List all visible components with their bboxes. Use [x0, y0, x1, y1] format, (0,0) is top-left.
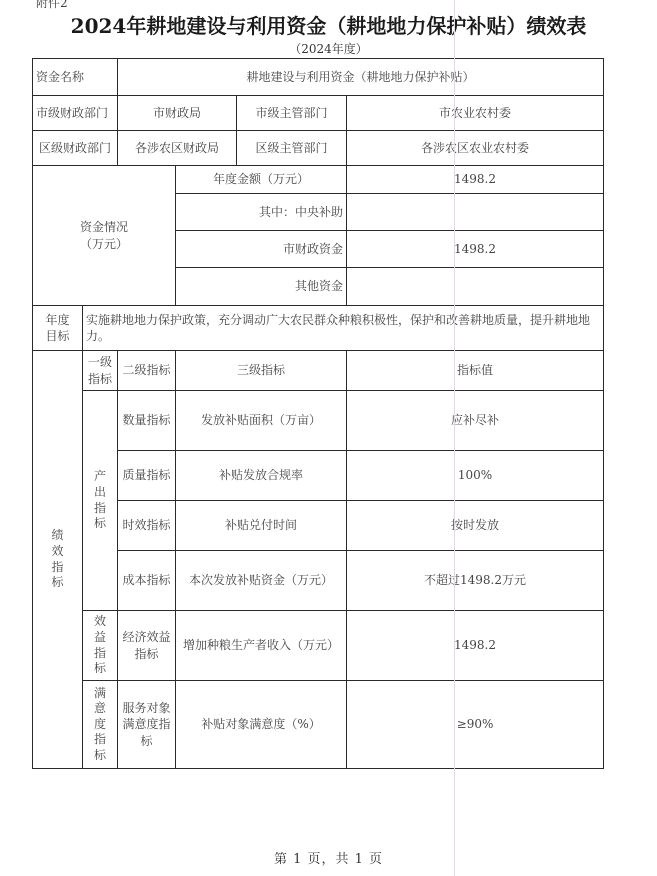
header-level1: 一级指标 [83, 351, 118, 391]
value-cell: 100% [347, 451, 604, 501]
district-finance-label: 区级财政部门 [33, 131, 118, 166]
level3-cell: 补贴兑付时间 [176, 501, 347, 551]
goal-label-text: 年度目标 [44, 312, 70, 344]
value-cell: 按时发放 [347, 501, 604, 551]
level1-benefit: 效益指标 [83, 611, 118, 681]
indicator-row: 质量指标 补贴发放合规率 100% [33, 451, 604, 501]
level2-text: 服务对象满意度指标 [121, 700, 171, 749]
level1-output: 产出指标 [83, 391, 118, 611]
city-dept-value: 市农业农村委 [347, 96, 604, 131]
indicator-row: 时效指标 补贴兑付时间 按时发放 [33, 501, 604, 551]
indicator-row: 成本指标 本次发放补贴资金（万元） 不超过1498.2万元 [33, 551, 604, 611]
level1-satisfaction: 满意度指标 [83, 681, 118, 769]
level3-cell: 补贴发放合规率 [176, 451, 347, 501]
level2-text: 经济效益指标 [121, 629, 171, 661]
value-cell: 应补尽补 [347, 391, 604, 451]
header-level3: 三级指标 [176, 351, 347, 391]
document-subtitle: （2024年度） [0, 40, 657, 57]
level2-cell: 成本指标 [118, 551, 176, 611]
scan-artifact-line [454, 0, 455, 876]
value-cell: ≥90% [347, 681, 604, 769]
level3-cell: 发放补贴面积（万亩） [176, 391, 347, 451]
value-cell: 不超过1498.2万元 [347, 551, 604, 611]
indicator-row: 产出指标 数量指标 发放补贴面积（万亩） 应补尽补 [33, 391, 604, 451]
performance-table: 资金名称 耕地建设与利用资金（耕地地力保护补贴） 市级财政部门 市财政局 市级主… [32, 58, 604, 769]
level2-cell: 服务对象满意度指标 [118, 681, 176, 769]
goal-row: 年度目标 实施耕地地力保护政策，充分调动广大农民群众种粮积极性，保护和改善耕地质… [33, 306, 604, 351]
value-cell: 1498.2 [347, 611, 604, 681]
goal-text: 实施耕地地力保护政策，充分调动广大农民群众种粮积极性，保护和改善耕地质量，提升耕… [83, 306, 604, 351]
level1-satisfaction-text: 满意度指标 [94, 686, 106, 764]
document-title: 2024年耕地建设与利用资金（耕地地力保护补贴）绩效表 [0, 10, 657, 39]
funds-unit: （万元） [35, 236, 173, 252]
header-level1-text: 一级指标 [87, 354, 112, 386]
fund-row: 资金情况 （万元） 年度金额（万元） 1498.2 [33, 166, 604, 194]
city-row: 市级财政部门 市财政局 市级主管部门 市农业农村委 [33, 96, 604, 131]
level1-benefit-text: 效益指标 [94, 614, 106, 676]
fund-row-label: 市财政资金 [176, 231, 347, 268]
indicator-header-row: 绩效指标 一级指标 二级指标 三级指标 指标值 [33, 351, 604, 391]
fund-row-value: 1498.2 [347, 231, 604, 268]
district-dept-value: 各涉农区农业农村委 [347, 131, 604, 166]
district-row: 区级财政部门 各涉农区财政局 区级主管部门 各涉农区农业农村委 [33, 131, 604, 166]
level2-cell: 经济效益指标 [118, 611, 176, 681]
district-dept-label: 区级主管部门 [237, 131, 347, 166]
city-finance-label: 市级财政部门 [33, 96, 118, 131]
fund-name-value: 耕地建设与利用资金（耕地地力保护补贴） [118, 59, 604, 96]
header-level2: 二级指标 [118, 351, 176, 391]
fund-row-value: 1498.2 [347, 166, 604, 194]
level2-cell: 数量指标 [118, 391, 176, 451]
header-value: 指标值 [347, 351, 604, 391]
district-finance-value: 各涉农区财政局 [118, 131, 237, 166]
page-footer: 第 1 页，共 1 页 [0, 848, 657, 867]
fund-name-row: 资金名称 耕地建设与利用资金（耕地地力保护补贴） [33, 59, 604, 96]
fund-row-label: 年度金额（万元） [176, 166, 347, 194]
level2-cell: 时效指标 [118, 501, 176, 551]
fund-row-value [347, 268, 604, 306]
indicators-section-text: 绩效指标 [52, 528, 64, 590]
indicator-row: 效益指标 经济效益指标 增加种粮生产者收入（万元） 1498.2 [33, 611, 604, 681]
level3-cell: 增加种粮生产者收入（万元） [176, 611, 347, 681]
funds-label-text: 资金情况 [35, 219, 173, 235]
city-dept-label: 市级主管部门 [237, 96, 347, 131]
level3-cell: 本次发放补贴资金（万元） [176, 551, 347, 611]
fund-row-label: 其中：中央补助 [176, 194, 347, 231]
indicator-row: 满意度指标 服务对象满意度指标 补贴对象满意度（%） ≥90% [33, 681, 604, 769]
level3-cell: 补贴对象满意度（%） [176, 681, 347, 769]
level1-output-text: 产出指标 [94, 469, 106, 531]
fund-row-value [347, 194, 604, 231]
fund-row-label: 其他资金 [176, 268, 347, 306]
goal-label: 年度目标 [33, 306, 83, 351]
indicators-section-label: 绩效指标 [33, 351, 83, 769]
level2-cell: 质量指标 [118, 451, 176, 501]
city-finance-value: 市财政局 [118, 96, 237, 131]
funds-label: 资金情况 （万元） [33, 166, 176, 306]
fund-name-label: 资金名称 [33, 59, 118, 96]
